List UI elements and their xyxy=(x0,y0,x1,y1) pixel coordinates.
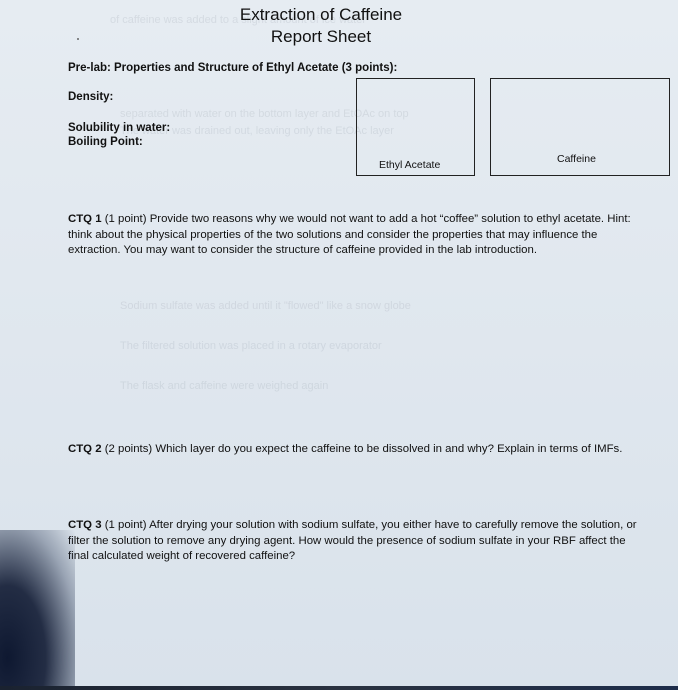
bleed-through-text: Sodium sulfate was added until it "flowe… xyxy=(120,300,411,312)
ethyl-acetate-structure-box: Ethyl Acetate xyxy=(356,78,475,176)
ctq1-text: Provide two reasons why we would not wan… xyxy=(68,213,631,256)
page-subtitle: Report Sheet xyxy=(0,26,660,48)
report-sheet-page: of caffeine was added to a slight amount… xyxy=(0,0,678,690)
bleed-through-text: The filtered solution was placed in a ro… xyxy=(120,340,382,352)
ethyl-acetate-box-label: Ethyl Acetate xyxy=(379,159,440,171)
page-title: Extraction of Caffeine xyxy=(0,4,660,26)
density-label: Density: xyxy=(68,91,113,103)
page-bottom-edge xyxy=(0,686,678,690)
ctq2-points: (2 points) xyxy=(105,443,152,455)
caffeine-structure-box: Caffeine xyxy=(490,78,670,176)
prelab-heading: Pre-lab: Properties and Structure of Eth… xyxy=(68,62,397,74)
bleed-through-text: The flask and caffeine were weighed agai… xyxy=(120,380,328,392)
ctq3-question: CTQ 3 (1 point) After drying your soluti… xyxy=(68,518,648,565)
speck xyxy=(77,38,79,40)
caffeine-box-label: Caffeine xyxy=(557,153,596,165)
ctq1-id: CTQ 1 xyxy=(68,213,102,225)
ctq1-points: (1 point) xyxy=(105,213,147,225)
ctq3-text: After drying your solution with sodium s… xyxy=(68,519,637,562)
boiling-point-label: Boiling Point: xyxy=(68,136,143,148)
ctq3-points: (1 point) xyxy=(105,519,147,531)
hand-shadow xyxy=(0,530,75,690)
solubility-label: Solubility in water: xyxy=(68,122,170,134)
ctq2-id: CTQ 2 xyxy=(68,443,102,455)
ctq1-question: CTQ 1 (1 point) Provide two reasons why … xyxy=(68,212,648,259)
ctq2-text: Which layer do you expect the caffeine t… xyxy=(155,443,622,455)
ctq2-question: CTQ 2 (2 points) Which layer do you expe… xyxy=(68,442,648,458)
